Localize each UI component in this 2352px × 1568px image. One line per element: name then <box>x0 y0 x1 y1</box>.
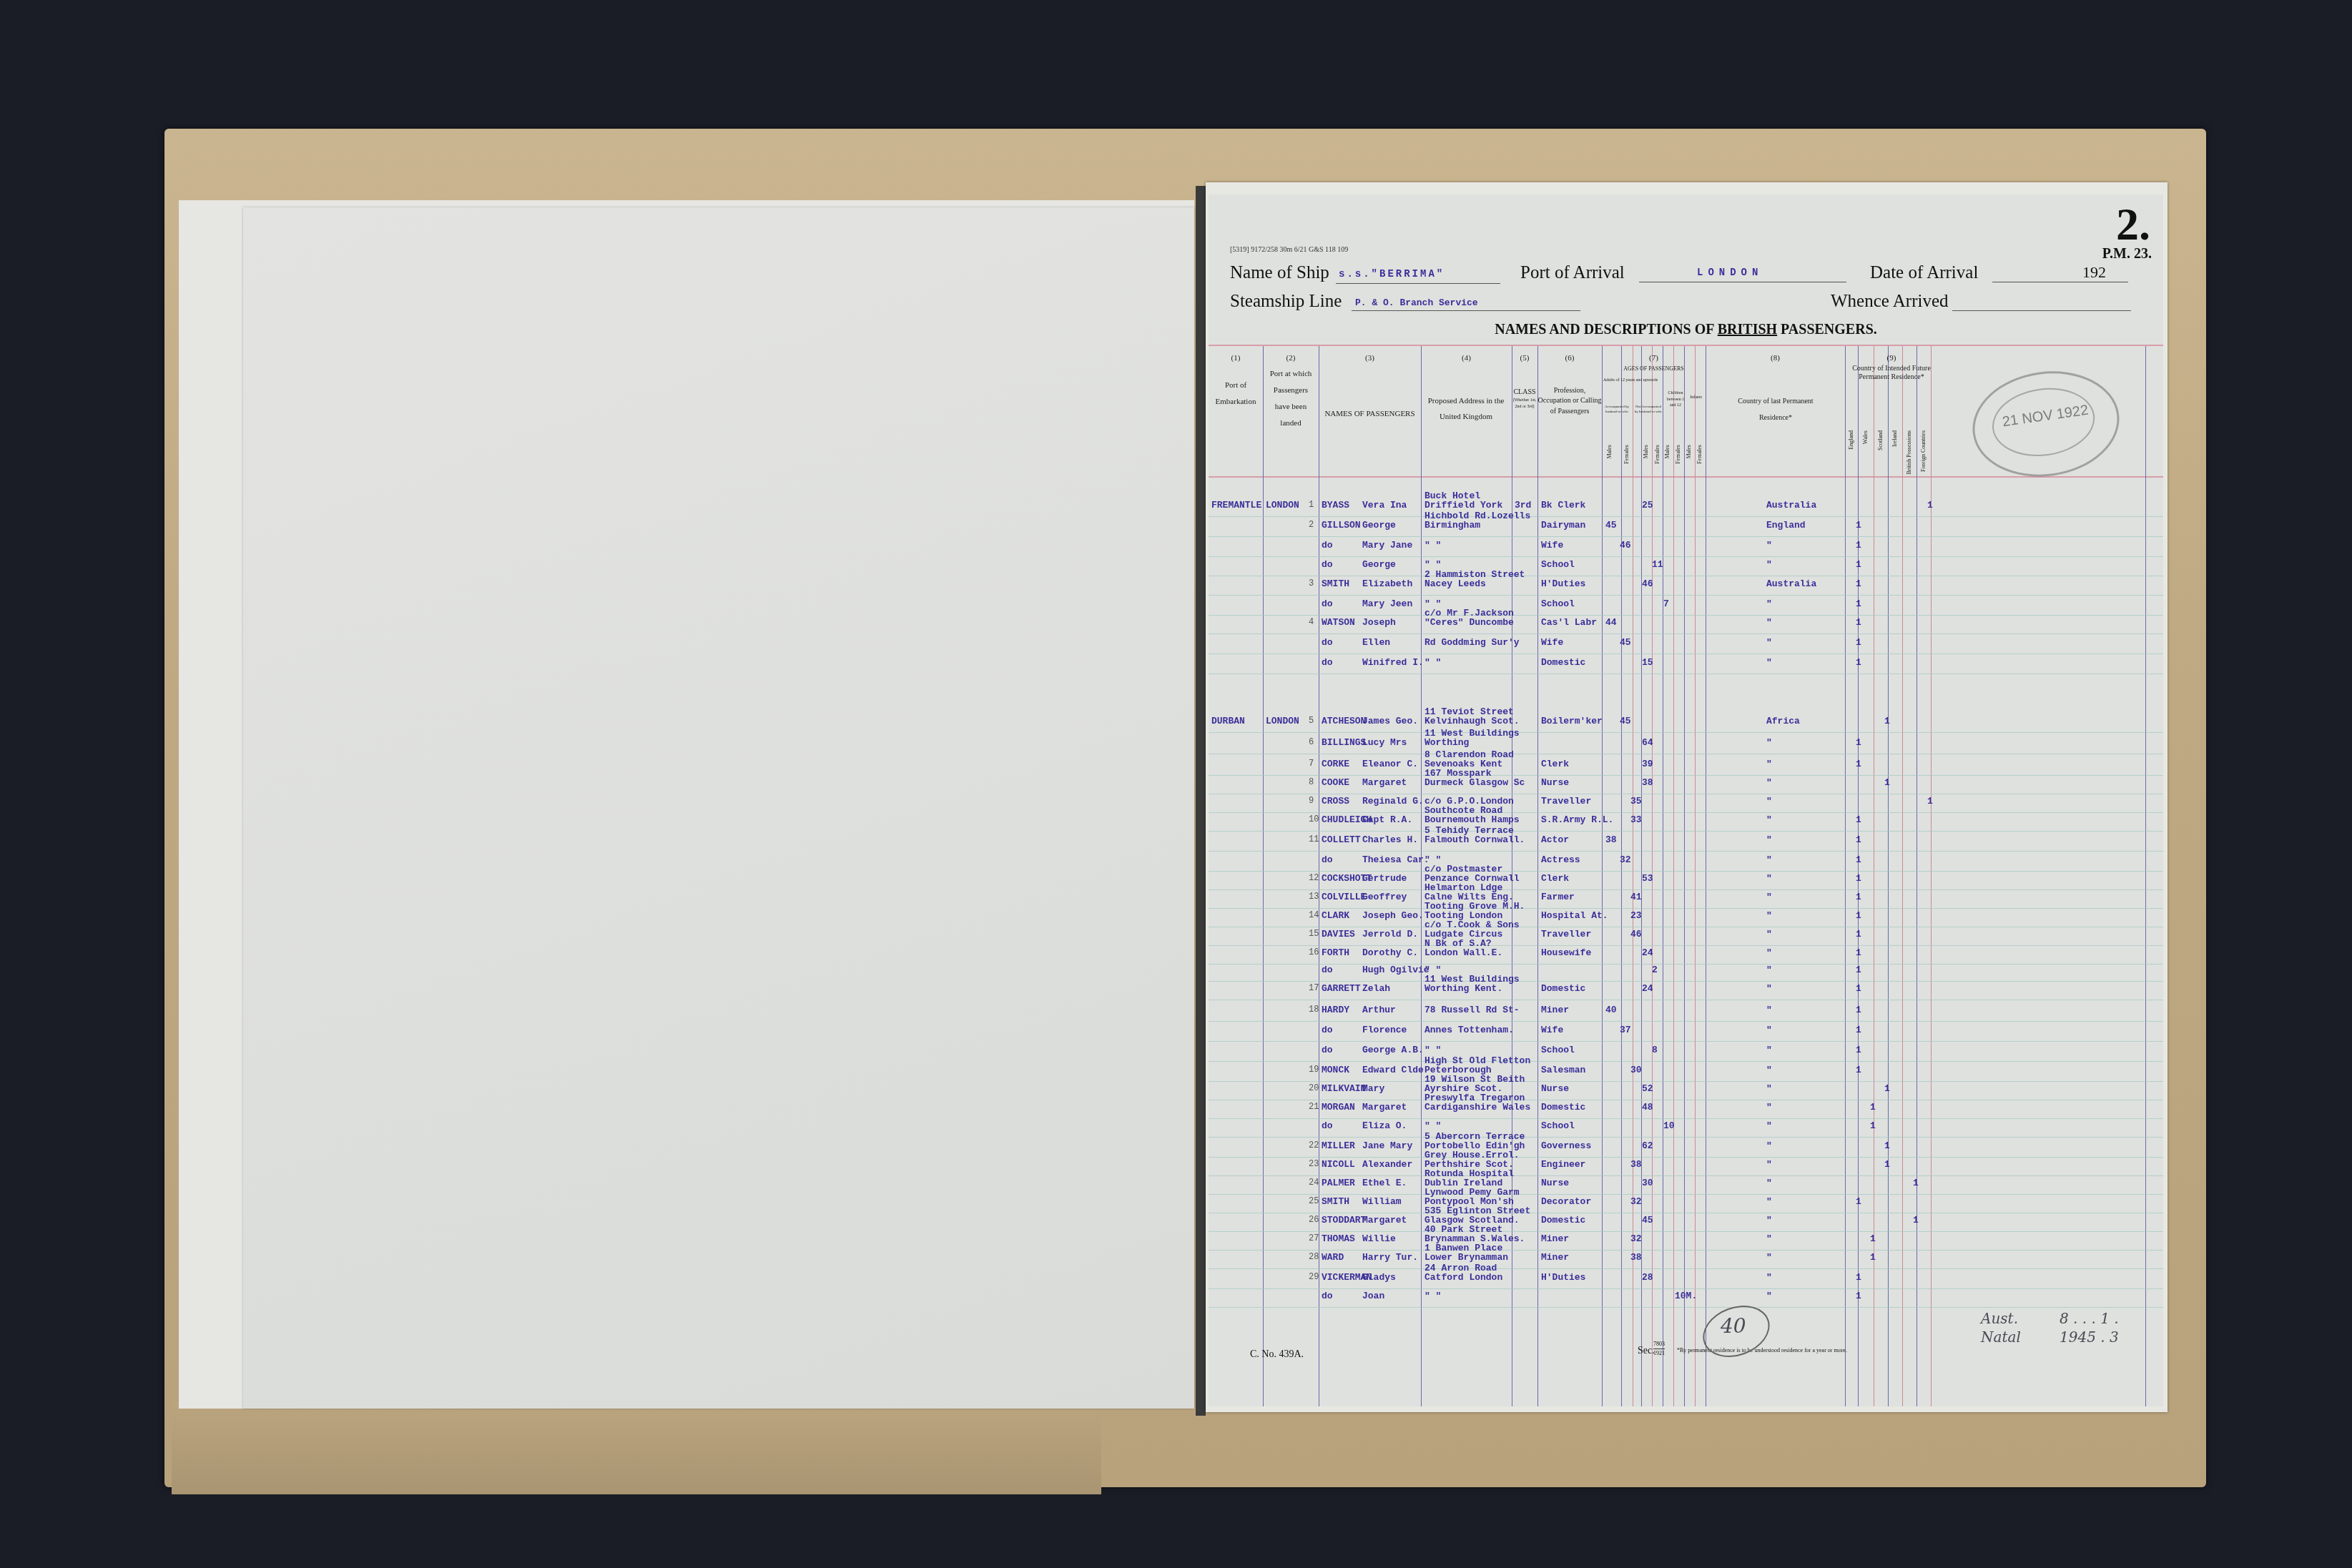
passenger-given-name: Gertrude <box>1362 873 1407 884</box>
occupation: Miner <box>1541 1252 1569 1263</box>
passenger-surname: GARRETT <box>1322 983 1361 994</box>
passenger-age: 62 <box>1642 1140 1653 1151</box>
future-residence-mark: 1 <box>1856 759 1861 769</box>
country-last-residence: " <box>1766 854 1772 865</box>
passenger-given-name: George <box>1362 559 1396 570</box>
passenger-age: 10 <box>1663 1120 1675 1131</box>
occupation: S.R.Army R.L. <box>1541 814 1613 825</box>
line-label: Steamship Line <box>1230 292 1342 312</box>
address-line-2: Durmeck Glasgow Sc <box>1425 777 1525 788</box>
country-last-residence: " <box>1766 1215 1772 1226</box>
country-last-residence: " <box>1766 873 1772 884</box>
passenger-surname: PALMER <box>1322 1178 1355 1188</box>
future-residence-mark: 1 <box>1927 796 1933 807</box>
passenger-given-name: Charles H. <box>1362 834 1418 845</box>
passenger-number: 2 <box>1309 520 1314 530</box>
future-residence-mark: 1 <box>1856 1025 1861 1035</box>
occupation: Decorator <box>1541 1196 1591 1207</box>
address-line-2: Cardiganshire Wales <box>1425 1102 1530 1113</box>
country-last-residence: " <box>1766 1083 1772 1094</box>
footnote: *By permanent residence is to be underst… <box>1677 1347 1847 1353</box>
passenger-surname: BILLINGS <box>1322 737 1366 748</box>
future-residence-mark: 1 <box>1884 1083 1890 1094</box>
occupation: Actress <box>1541 854 1580 865</box>
passenger-number: 23 <box>1309 1159 1319 1169</box>
passenger-given-name: Margaret <box>1362 1102 1407 1113</box>
passenger-age: 45 <box>1620 637 1631 648</box>
occupation: H'Duties <box>1541 578 1585 589</box>
country-last-residence: " <box>1766 737 1772 748</box>
passenger-age: 48 <box>1642 1102 1653 1113</box>
passenger-age: 45 <box>1620 716 1631 726</box>
country-last-residence: " <box>1766 929 1772 940</box>
address-line-2: Bournemouth Hamps <box>1425 814 1520 825</box>
address-line-2: Kelvinhaugh Scot. <box>1425 716 1520 726</box>
passenger-number: 14 <box>1309 910 1319 920</box>
col7-header: (7) AGES OF PASSENGERS Adults of 12 year… <box>1602 353 1706 383</box>
passenger-surname: do <box>1322 854 1333 865</box>
passenger-given-name: Jerrold D. <box>1362 929 1418 940</box>
passenger-number: 3 <box>1309 578 1314 588</box>
passenger-given-name: George A.B. <box>1362 1045 1424 1055</box>
occupation: School <box>1541 559 1575 570</box>
future-residence-mark: 1 <box>1856 578 1861 589</box>
address-line-2: " " <box>1425 559 1441 570</box>
country-last-residence: " <box>1766 1159 1772 1170</box>
passenger-given-name: Willie <box>1362 1233 1396 1244</box>
address-line-2: Driffield York <box>1425 500 1502 511</box>
country-last-residence: " <box>1766 657 1772 668</box>
country-last-residence: " <box>1766 910 1772 921</box>
form-code: P.M. 23. <box>2102 246 2152 262</box>
col6-header: (6) Profession, Occupation or Calling of… <box>1537 353 1602 417</box>
country-last-residence: England <box>1766 520 1806 531</box>
col3-header: (3) NAMES OF PASSENGERS <box>1319 353 1421 420</box>
occupation: Dairyman <box>1541 520 1585 531</box>
port-landed: LONDON <box>1266 716 1299 726</box>
passenger-given-name: Arthur <box>1362 1005 1396 1015</box>
passenger-number: 9 <box>1309 796 1314 806</box>
passenger-surname: ATCHESON <box>1322 716 1366 726</box>
passenger-surname: MORGAN <box>1322 1102 1355 1113</box>
passenger-age: 39 <box>1642 759 1653 769</box>
address-line-2: Rd Goddming Sur'y <box>1425 637 1520 648</box>
future-residence-mark: 1 <box>1856 854 1861 865</box>
left-page-blank <box>243 207 1194 1409</box>
passenger-age: 32 <box>1620 854 1631 865</box>
passenger-age: 46 <box>1620 540 1631 551</box>
occupation: Domestic <box>1541 1102 1585 1113</box>
whence-label: Whence Arrived <box>1831 292 1949 312</box>
future-residence-mark: 1 <box>1884 1140 1890 1151</box>
occupation: Farmer <box>1541 892 1575 902</box>
summary-aust-value: 8 . . . 1 . <box>2060 1310 2119 1327</box>
passenger-given-name: Ellen <box>1362 637 1390 648</box>
passenger-given-name: Gladys <box>1362 1272 1396 1283</box>
passenger-number: 17 <box>1309 983 1319 993</box>
passenger-given-name: Dorothy C. <box>1362 947 1418 958</box>
occupation: Clerk <box>1541 873 1569 884</box>
address-line-2: Lower Brynamman <box>1425 1252 1508 1263</box>
country-last-residence: " <box>1766 892 1772 902</box>
passenger-surname: COLVILLE <box>1322 892 1366 902</box>
passenger-given-name: Ethel E. <box>1362 1178 1407 1188</box>
future-residence-mark: 1 <box>1927 500 1933 511</box>
passenger-number: 13 <box>1309 892 1319 902</box>
future-residence-mark: 1 <box>1856 540 1861 551</box>
passenger-given-name: Vera Ina <box>1362 500 1407 511</box>
passenger-number: 11 <box>1309 834 1319 844</box>
future-residence-mark: 1 <box>1884 716 1890 726</box>
future-residence-mark: 1 <box>1884 1159 1890 1170</box>
port-of-embarkation: FREMANTLE <box>1211 500 1261 511</box>
country-last-residence: " <box>1766 834 1772 845</box>
passenger-surname: CORKE <box>1322 759 1349 769</box>
sec-label: Sec. <box>1638 1346 1655 1357</box>
future-residence-mark: 1 <box>1884 777 1890 788</box>
passenger-surname: do <box>1322 598 1333 609</box>
address-line-2: "Ceres" Duncombe <box>1425 617 1514 628</box>
country-last-residence: " <box>1766 1102 1772 1113</box>
passenger-age: 38 <box>1630 1159 1642 1170</box>
future-residence-mark: 1 <box>1856 559 1861 570</box>
country-last-residence: " <box>1766 598 1772 609</box>
future-residence-mark: 1 <box>1856 598 1861 609</box>
passenger-surname: DAVIES <box>1322 929 1355 940</box>
occupation: Miner <box>1541 1233 1569 1244</box>
address-line-2: Birmingham <box>1425 520 1480 531</box>
passenger-age: 40 <box>1605 1005 1617 1015</box>
passenger-surname: do <box>1322 1025 1333 1035</box>
country-last-residence: " <box>1766 983 1772 994</box>
country-last-residence: " <box>1766 1178 1772 1188</box>
address-line-2: London Wall.E. <box>1425 947 1502 958</box>
occupation: Nurse <box>1541 777 1569 788</box>
passenger-given-name: Winifred I. <box>1362 657 1424 668</box>
passenger-surname: FORTH <box>1322 947 1349 958</box>
future-residence-mark: 1 <box>1870 1120 1876 1131</box>
passenger-given-name: Reginald G. <box>1362 796 1424 807</box>
passenger-age: 32 <box>1630 1233 1642 1244</box>
country-last-residence: " <box>1766 947 1772 958</box>
passenger-number: 10 <box>1309 814 1319 824</box>
occupation: Traveller <box>1541 929 1591 940</box>
passenger-age: 44 <box>1605 617 1617 628</box>
occupation: Cas'l Labr <box>1541 617 1597 628</box>
passenger-surname: MILKVAIN <box>1322 1083 1366 1094</box>
page-title: NAMES AND DESCRIPTIONS OF BRITISH PASSEN… <box>1209 322 2163 338</box>
passenger-number: 24 <box>1309 1178 1319 1188</box>
country-last-residence: " <box>1766 1025 1772 1035</box>
country-last-residence: " <box>1766 1120 1772 1131</box>
passenger-given-name: Elizabeth <box>1362 578 1412 589</box>
passenger-given-name: Lucy Mrs <box>1362 737 1407 748</box>
book-spine <box>1196 186 1206 1416</box>
future-residence-mark: 1 <box>1856 1196 1861 1207</box>
passenger-number: 1 <box>1309 500 1314 510</box>
occupation: Nurse <box>1541 1178 1569 1188</box>
passenger-age: 45 <box>1605 520 1617 531</box>
passenger-age: 53 <box>1642 873 1653 884</box>
passenger-given-name: Eleanor C. <box>1362 759 1418 769</box>
address-line-2: " " <box>1425 1291 1441 1301</box>
passenger-given-name: Hugh Ogilvie <box>1362 965 1430 975</box>
passenger-surname: do <box>1322 1291 1333 1301</box>
passenger-age: 35 <box>1630 796 1642 807</box>
port-landed: LONDON <box>1266 500 1299 511</box>
occupation: School <box>1541 1045 1575 1055</box>
passenger-surname: CROSS <box>1322 796 1349 807</box>
sec-fraction: 7803 1921 <box>1653 1340 1665 1358</box>
passenger-age: 37 <box>1620 1025 1631 1035</box>
passenger-age: 15 <box>1642 657 1653 668</box>
occupation: Domestic <box>1541 657 1585 668</box>
summary-aust-label: Aust. <box>1981 1310 2018 1327</box>
country-last-residence: " <box>1766 759 1772 769</box>
passenger-age: 38 <box>1642 777 1653 788</box>
country-last-residence: " <box>1766 1140 1772 1151</box>
passenger-surname: CLARK <box>1322 910 1349 921</box>
country-last-residence: " <box>1766 1252 1772 1263</box>
passenger-number: 28 <box>1309 1252 1319 1262</box>
occupation: School <box>1541 598 1575 609</box>
passenger-surname: do <box>1322 559 1333 570</box>
passenger-given-name: Theiesa Car. <box>1362 854 1430 865</box>
form-footer: C. No. 439A. <box>1250 1349 1304 1361</box>
passenger-surname: BYASS <box>1322 500 1349 511</box>
line-value: P. & O. Branch Service <box>1355 297 1478 308</box>
passenger-given-name: Zelah <box>1362 983 1390 994</box>
passenger-number: 15 <box>1309 929 1319 939</box>
passenger-surname: THOMAS <box>1322 1233 1355 1244</box>
date-year: 192 <box>2082 263 2106 282</box>
passenger-given-name: James Geo. <box>1362 716 1418 726</box>
occupation: Miner <box>1541 1005 1569 1015</box>
future-residence-mark: 1 <box>1913 1178 1919 1188</box>
passenger-surname: COLLETT <box>1322 834 1361 845</box>
country-last-residence: " <box>1766 1291 1772 1301</box>
future-residence-mark: 1 <box>1856 637 1861 648</box>
passenger-given-name: Margaret <box>1362 777 1407 788</box>
passenger-age: 46 <box>1642 578 1653 589</box>
passenger-number: 25 <box>1309 1196 1319 1206</box>
passenger-given-name: Jane Mary <box>1362 1140 1412 1151</box>
col1-header: (1) Port of Embarkation <box>1209 353 1263 410</box>
country-last-residence: " <box>1766 1065 1772 1075</box>
passenger-given-name: William <box>1362 1196 1402 1207</box>
passenger-surname: GILLSON <box>1322 520 1361 531</box>
future-residence-mark: 1 <box>1856 983 1861 994</box>
future-residence-mark: 1 <box>1870 1252 1876 1263</box>
col2-header: (2) Port at which Passengers have been l… <box>1263 353 1319 432</box>
country-last-residence: " <box>1766 1233 1772 1244</box>
country-last-residence: Australia <box>1766 500 1816 511</box>
occupation: Housewife <box>1541 947 1591 958</box>
future-residence-mark: 1 <box>1856 929 1861 940</box>
passenger-given-name: Margaret <box>1362 1215 1407 1226</box>
passenger-number: 21 <box>1309 1102 1319 1112</box>
passenger-given-name: Alexander <box>1362 1159 1412 1170</box>
passenger-class: 3rd <box>1515 500 1531 511</box>
future-residence-mark: 1 <box>1870 1102 1876 1113</box>
future-residence-mark: 1 <box>1856 737 1861 748</box>
passenger-number: 7 <box>1309 759 1314 769</box>
passenger-age: 23 <box>1630 910 1642 921</box>
passenger-given-name: Capt R.A. <box>1362 814 1412 825</box>
passenger-surname: do <box>1322 965 1333 975</box>
passenger-given-name: Harry Tur. <box>1362 1252 1418 1263</box>
address-line-2: " " <box>1425 657 1441 668</box>
summary-natal-value: 1945 . 3 <box>2060 1328 2119 1346</box>
passenger-age: 10M. <box>1675 1291 1697 1301</box>
occupation: Domestic <box>1541 983 1585 994</box>
future-residence-mark: 1 <box>1856 657 1861 668</box>
address-line-2: Nacey Leeds <box>1425 578 1486 589</box>
future-residence-mark: 1 <box>1856 1005 1861 1015</box>
date-label: Date of Arrival <box>1870 263 1978 283</box>
col8-header: (8) Country of last Permanent Residence* <box>1706 353 1845 426</box>
col4-header: (4) Proposed Address in the United Kingd… <box>1421 353 1512 425</box>
passenger-age: 41 <box>1630 892 1642 902</box>
address-line-2: " " <box>1425 540 1441 551</box>
passenger-age: 38 <box>1630 1252 1642 1263</box>
country-last-residence: " <box>1766 814 1772 825</box>
print-code: [5319] 9172/258 30m 6/21 G&S 118 109 <box>1230 246 1348 254</box>
passenger-surname: MILLER <box>1322 1140 1355 1151</box>
address-line-2: Worthing <box>1425 737 1469 748</box>
port-value: LONDON <box>1697 267 1763 279</box>
passenger-number: 4 <box>1309 617 1314 627</box>
passenger-number: 16 <box>1309 947 1319 957</box>
passenger-given-name: Geoffrey <box>1362 892 1407 902</box>
passenger-surname: HARDY <box>1322 1005 1349 1015</box>
col5-header: (5) CLASS (Whether 1st, 2nd or 3rd) <box>1512 353 1537 410</box>
passenger-age: 28 <box>1642 1272 1653 1283</box>
country-last-residence: " <box>1766 1196 1772 1207</box>
occupation: Actor <box>1541 834 1569 845</box>
future-residence-mark: 1 <box>1856 1045 1861 1055</box>
passenger-age: 7 <box>1663 598 1669 609</box>
country-last-residence: " <box>1766 796 1772 807</box>
country-last-residence: " <box>1766 777 1772 788</box>
passenger-number: 27 <box>1309 1233 1319 1243</box>
port-of-embarkation: DURBAN <box>1211 716 1245 726</box>
passenger-given-name: Joseph <box>1362 617 1396 628</box>
passenger-surname: do <box>1322 540 1333 551</box>
future-residence-mark: 1 <box>1856 892 1861 902</box>
passenger-number: 8 <box>1309 777 1314 787</box>
country-last-residence: " <box>1766 617 1772 628</box>
passenger-age: 30 <box>1642 1178 1653 1188</box>
future-residence-mark: 1 <box>1856 873 1861 884</box>
passenger-surname: WARD <box>1322 1252 1344 1263</box>
occupation: Hospital At. <box>1541 910 1608 921</box>
passenger-given-name: Eliza O. <box>1362 1120 1407 1131</box>
address-line-2: Worthing Kent. <box>1425 983 1502 994</box>
occupation: Traveller <box>1541 796 1591 807</box>
occupation: Wife <box>1541 540 1563 551</box>
passenger-surname: SMITH <box>1322 578 1349 589</box>
passenger-surname: do <box>1322 1120 1333 1131</box>
passenger-surname: MONCK <box>1322 1065 1349 1075</box>
passenger-surname: STODDART <box>1322 1215 1366 1226</box>
occupation: Wife <box>1541 637 1563 648</box>
passenger-surname: COOKE <box>1322 777 1349 788</box>
passenger-number: 6 <box>1309 737 1314 747</box>
passenger-number: 18 <box>1309 1005 1319 1015</box>
passenger-surname: do <box>1322 1045 1333 1055</box>
ship-label: Name of Ship <box>1230 263 1329 283</box>
passenger-age: 8 <box>1652 1045 1658 1055</box>
passenger-number: 22 <box>1309 1140 1319 1150</box>
occupation: Clerk <box>1541 759 1569 769</box>
ship-name-value: s.s."BERRIMA" <box>1339 269 1445 280</box>
address-line-2: " " <box>1425 1045 1441 1055</box>
future-residence-mark: 1 <box>1856 814 1861 825</box>
occupation: Wife <box>1541 1025 1563 1035</box>
passenger-age: 25 <box>1642 500 1653 511</box>
future-residence-mark: 1 <box>1856 965 1861 975</box>
country-last-residence: " <box>1766 540 1772 551</box>
passenger-age: 30 <box>1630 1065 1642 1075</box>
passenger-given-name: Joseph Geo. <box>1362 910 1424 921</box>
passenger-age: 52 <box>1642 1083 1653 1094</box>
future-residence-mark: 1 <box>1856 947 1861 958</box>
passenger-number: 26 <box>1309 1215 1319 1225</box>
occupation: Governess <box>1541 1140 1591 1151</box>
address-line-2: Catford London <box>1425 1272 1502 1283</box>
future-residence-mark: 1 <box>1856 617 1861 628</box>
sheet-number: 2. <box>2116 198 2150 251</box>
future-residence-mark: 1 <box>1870 1233 1876 1244</box>
occupation: School <box>1541 1120 1575 1131</box>
passenger-surname: do <box>1322 657 1333 668</box>
passenger-given-name: George <box>1362 520 1396 531</box>
country-last-residence: Africa <box>1766 716 1800 726</box>
passenger-age: 24 <box>1642 983 1653 994</box>
passenger-given-name: Joan <box>1362 1291 1384 1301</box>
passenger-age: 11 <box>1652 559 1663 570</box>
future-residence-mark: 1 <box>1856 1065 1861 1075</box>
occupation: Salesman <box>1541 1065 1585 1075</box>
port-label: Port of Arrival <box>1520 263 1625 283</box>
passenger-given-name: Mary <box>1362 1083 1384 1094</box>
passenger-age: 45 <box>1642 1215 1653 1226</box>
passenger-given-name: Mary Jeen <box>1362 598 1412 609</box>
passenger-surname: do <box>1322 637 1333 648</box>
passenger-number: 12 <box>1309 873 1319 883</box>
occupation: Engineer <box>1541 1159 1585 1170</box>
passenger-surname: SMITH <box>1322 1196 1349 1207</box>
folder-bottom-flap <box>172 1401 1101 1494</box>
occupation: Bk Clerk <box>1541 500 1585 511</box>
col9-header: (9) Country of Intended Future Permanent… <box>1845 353 1938 382</box>
occupation: Boilerm'ker <box>1541 716 1603 726</box>
summary-natal-label: Natal <box>1981 1328 2021 1346</box>
passenger-number: 5 <box>1309 716 1314 726</box>
future-residence-mark: 1 <box>1913 1215 1919 1226</box>
passenger-age: 24 <box>1642 947 1653 958</box>
passenger-given-name: Edward Clde <box>1362 1065 1424 1075</box>
future-residence-mark: 1 <box>1856 834 1861 845</box>
passenger-age: 38 <box>1605 834 1617 845</box>
passenger-age: 33 <box>1630 814 1642 825</box>
passenger-age: 2 <box>1652 965 1658 975</box>
country-last-residence: " <box>1766 1045 1772 1055</box>
country-last-residence: Australia <box>1766 578 1816 589</box>
address-line-2: 78 Russell Rd St- <box>1425 1005 1520 1015</box>
passenger-given-name: Florence <box>1362 1025 1407 1035</box>
